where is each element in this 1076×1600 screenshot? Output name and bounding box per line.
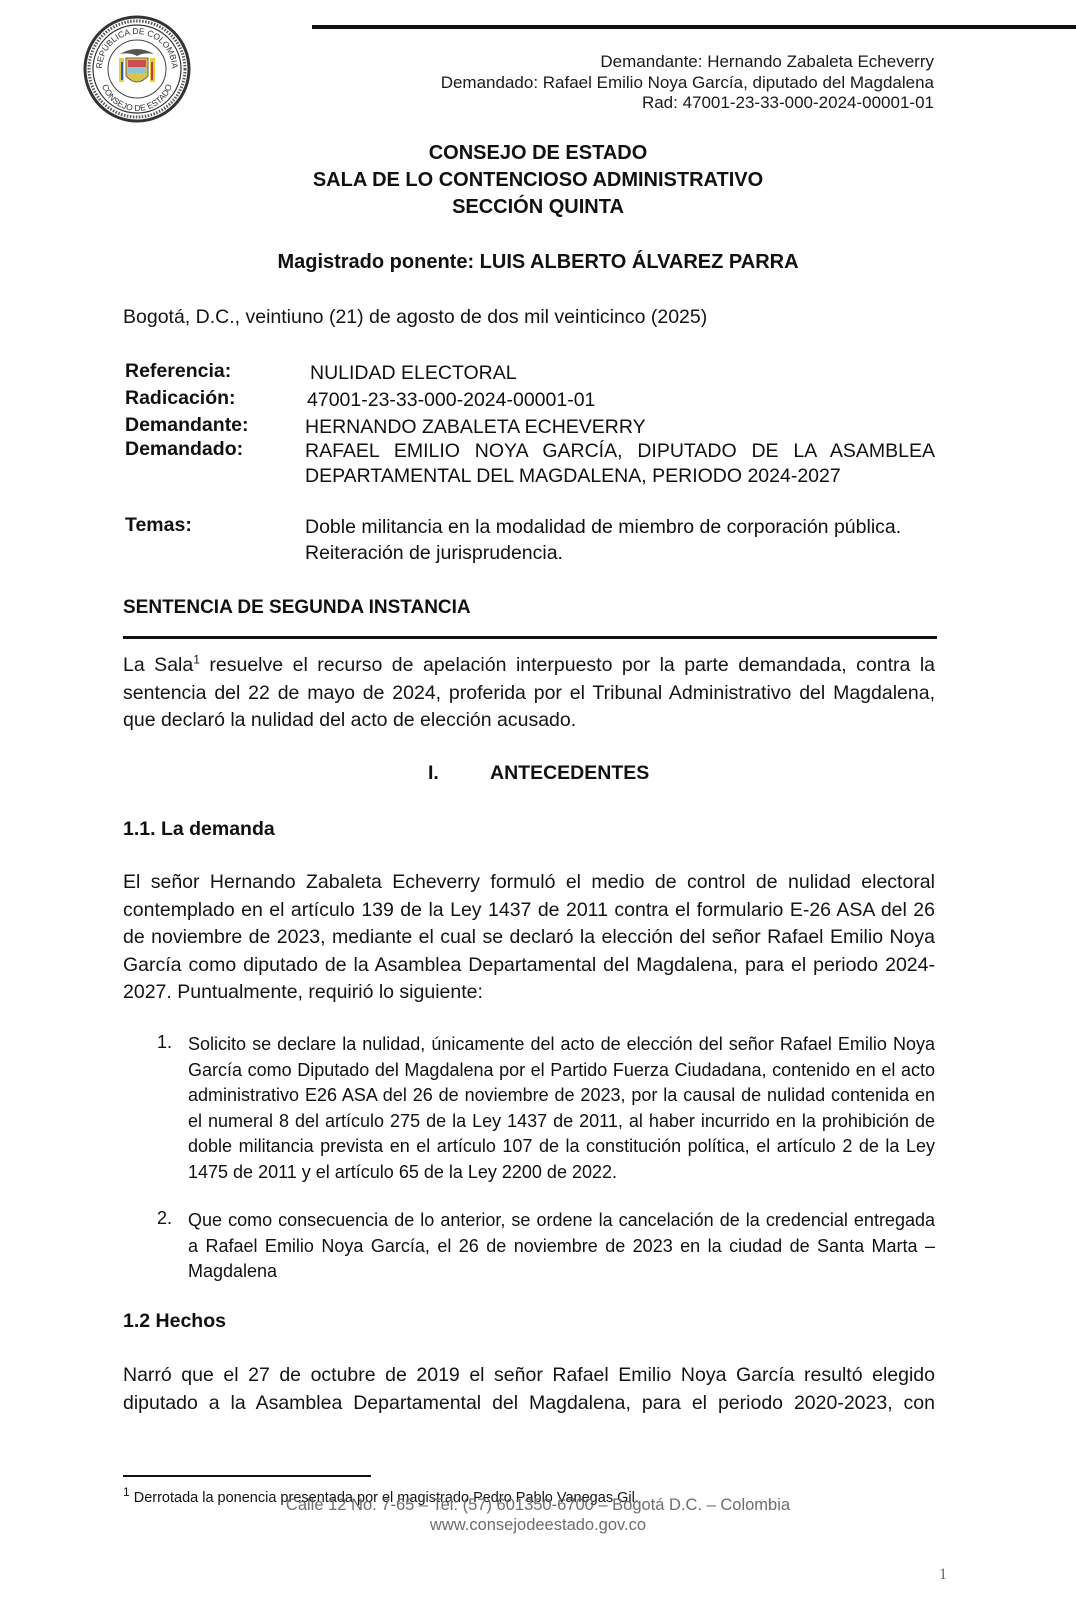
request-1-number: 1. <box>157 1032 172 1053</box>
running-header-demandado: Demandado: Rafael Emilio Noya García, di… <box>441 73 934 93</box>
footnote-ref[interactable]: 1 <box>193 653 200 667</box>
sentencia-heading: SENTENCIA DE SEGUNDA INSTANCIA <box>123 597 471 619</box>
meta-value-demandado-line2: DEPARTAMENTAL DEL MAGDALENA, PERIODO 202… <box>305 463 841 489</box>
footer-address: Calle 12 No. 7-65 – Tel: (57) 601350-670… <box>0 1496 1076 1515</box>
meta-value-demandado-line1: RAFAEL EMILIO NOYA GARCÍA, DIPUTADO DE L… <box>305 438 935 464</box>
intro-rest: resuelve el recurso de apelación interpu… <box>123 654 935 731</box>
consejo-de-estado-seal-icon: REPÚBLICA DE COLOMBIA CONSEJO DE ESTADO <box>82 14 192 124</box>
subsection-title-demanda: 1.1. La demanda <box>123 818 275 841</box>
section-name: SECCIÓN QUINTA <box>0 196 1076 219</box>
intro-lead: La Sala <box>123 654 193 676</box>
intro-paragraph: La Sala1 resuelve el recurso de apelació… <box>123 652 935 735</box>
page-number: 1 <box>939 1566 947 1584</box>
request-2-number: 2. <box>157 1208 172 1229</box>
meta-label-demandante: Demandante: <box>125 414 249 437</box>
meta-label-referencia: Referencia: <box>125 360 231 383</box>
footnote-rule <box>123 1475 371 1477</box>
meta-value-temas-line2: Reiteración de jurisprudencia. <box>305 540 563 566</box>
meta-label-temas: Temas: <box>125 514 192 537</box>
meta-value-temas-line1: Doble militancia en la modalidad de miem… <box>305 514 901 540</box>
court-name: CONSEJO DE ESTADO <box>0 142 1076 165</box>
header-rule <box>312 25 1076 29</box>
meta-label-demandado: Demandado: <box>125 438 243 461</box>
meta-value-demandante: HERNANDO ZABALETA ECHEVERRY <box>305 414 646 440</box>
request-1-text: Solicito se declare la nulidad, únicamen… <box>188 1032 935 1185</box>
footer-website[interactable]: www.consejodeestado.gov.co <box>0 1516 1076 1535</box>
section-title-antecedentes: ANTECEDENTES <box>490 762 649 785</box>
request-2-text: Que como consecuencia de lo anterior, se… <box>188 1208 935 1285</box>
date-line: Bogotá, D.C., veintiuno (21) de agosto d… <box>123 304 707 332</box>
running-header-demandante: Demandante: Hernando Zabaleta Echeverry <box>600 52 934 72</box>
demanda-paragraph: El señor Hernando Zabaleta Echeverry for… <box>123 869 935 1007</box>
magistrate-line: Magistrado ponente: LUIS ALBERTO ÁLVAREZ… <box>0 251 1076 274</box>
meta-label-radicacion: Radicación: <box>125 387 236 410</box>
chamber-name: SALA DE LO CONTENCIOSO ADMINISTRATIVO <box>0 169 1076 192</box>
subsection-title-hechos: 1.2 Hechos <box>123 1310 226 1333</box>
running-header-radicado: Rad: 47001-23-33-000-2024-00001-01 <box>642 93 934 113</box>
meta-value-referencia: NULIDAD ELECTORAL <box>310 360 517 386</box>
hechos-paragraph: Narró que el 27 de octubre de 2019 el se… <box>123 1362 935 1417</box>
sentencia-rule <box>123 636 937 639</box>
section-numeral: I. <box>428 762 439 785</box>
meta-value-radicacion: 47001-23-33-000-2024-00001-01 <box>307 387 595 413</box>
